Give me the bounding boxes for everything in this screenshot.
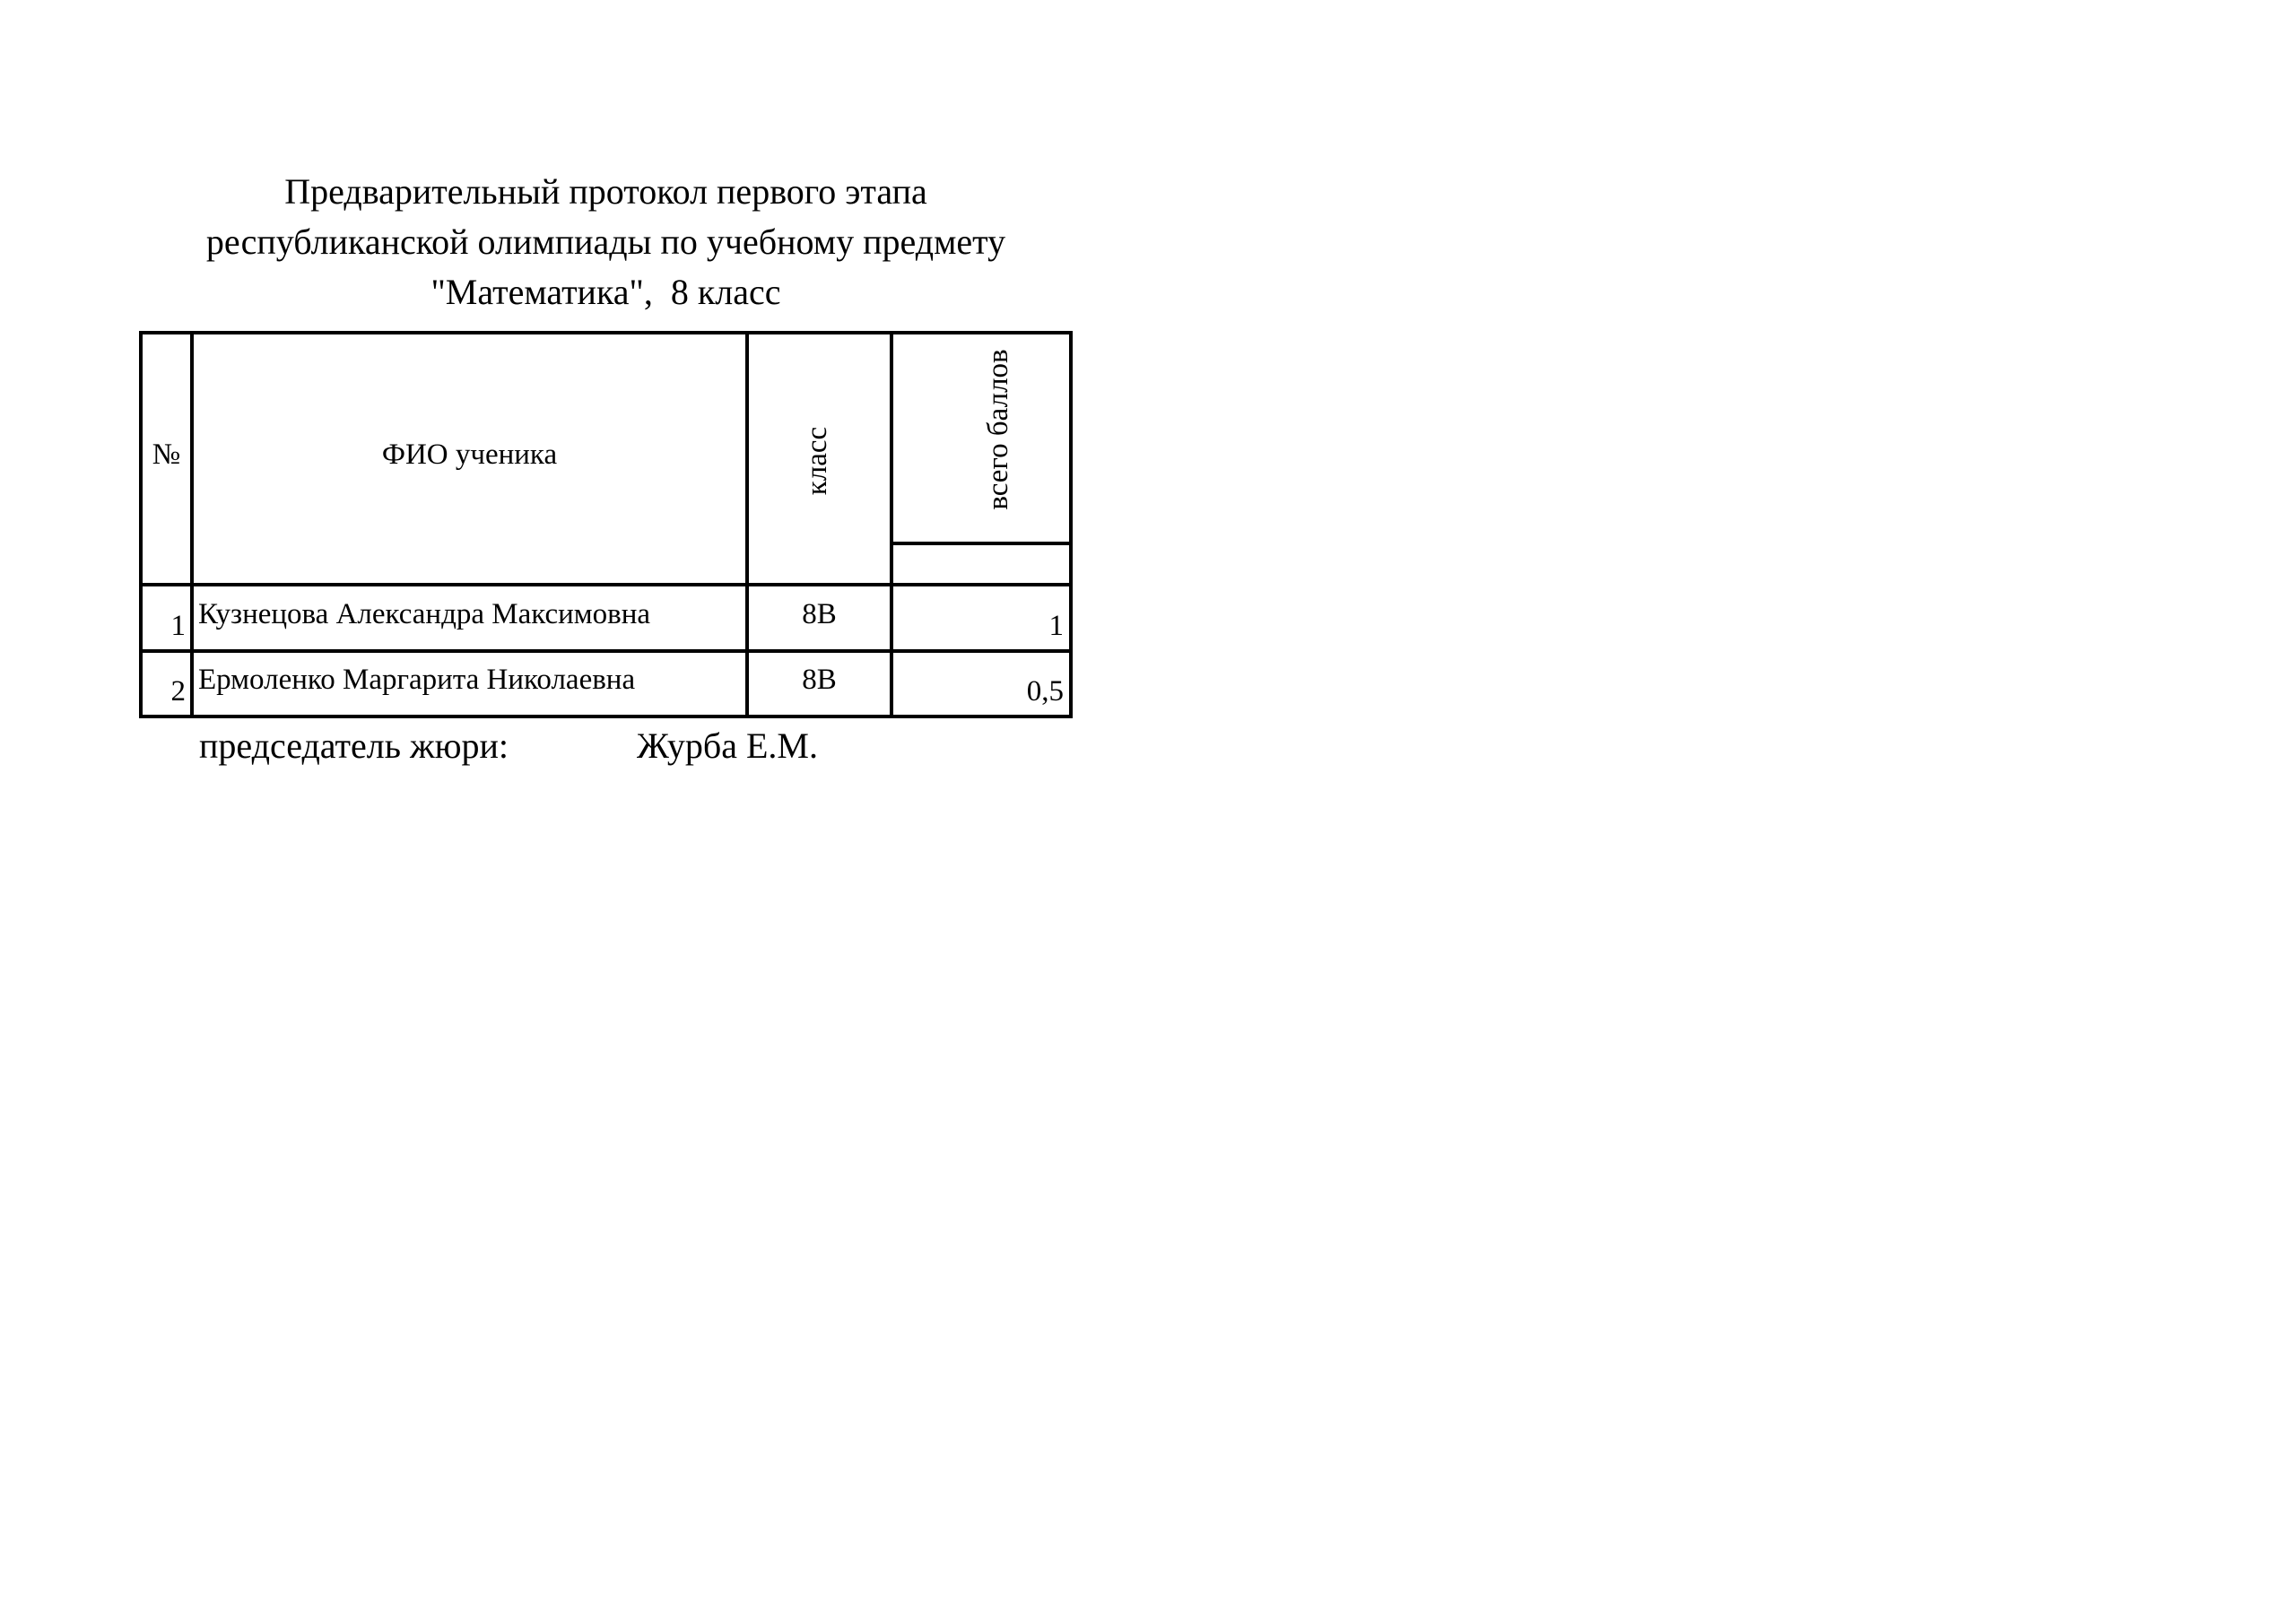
student-name: Кузнецова Александра Максимовна: [198, 598, 650, 631]
title-line-3: "Математика", 8 класс: [139, 267, 1073, 317]
student-class: 8В: [749, 598, 890, 631]
header-bottom-border: [139, 583, 1073, 586]
jury-chair-label: председатель жюри:: [199, 725, 509, 767]
header-name: ФИО ученика: [194, 439, 745, 472]
student-score: 1: [893, 610, 1064, 643]
student-score: 0,5: [893, 675, 1064, 708]
title-line-1: Предварительный протокол первого этапа: [139, 167, 1073, 217]
column-divider-3: [890, 331, 893, 718]
header-class: класс: [799, 371, 835, 551]
column-divider-1: [190, 331, 194, 718]
column-divider-2: [745, 331, 749, 718]
table-border-bottom: [139, 715, 1073, 718]
jury-chair-name: Журба Е.М.: [637, 725, 818, 767]
table-border-left: [139, 331, 143, 718]
results-table: № ФИО ученика класс всего баллов 1 Кузне…: [139, 331, 1073, 716]
table-border-top: [139, 331, 1073, 334]
table-border-right: [1069, 331, 1073, 718]
row-number: 2: [143, 675, 186, 708]
document-title: Предварительный протокол первого этапа р…: [139, 167, 1073, 317]
row-divider: [139, 649, 1073, 653]
header-number: №: [143, 439, 190, 472]
student-class: 8В: [749, 664, 890, 697]
header-total-score: всего баллов: [980, 322, 1016, 537]
title-line-2: республиканской олимпиады по учебному пр…: [139, 217, 1073, 267]
row-number: 1: [143, 610, 186, 643]
student-name: Ермоленко Маргарита Николаевна: [198, 664, 635, 697]
header-total-score-sub: [893, 545, 1069, 583]
